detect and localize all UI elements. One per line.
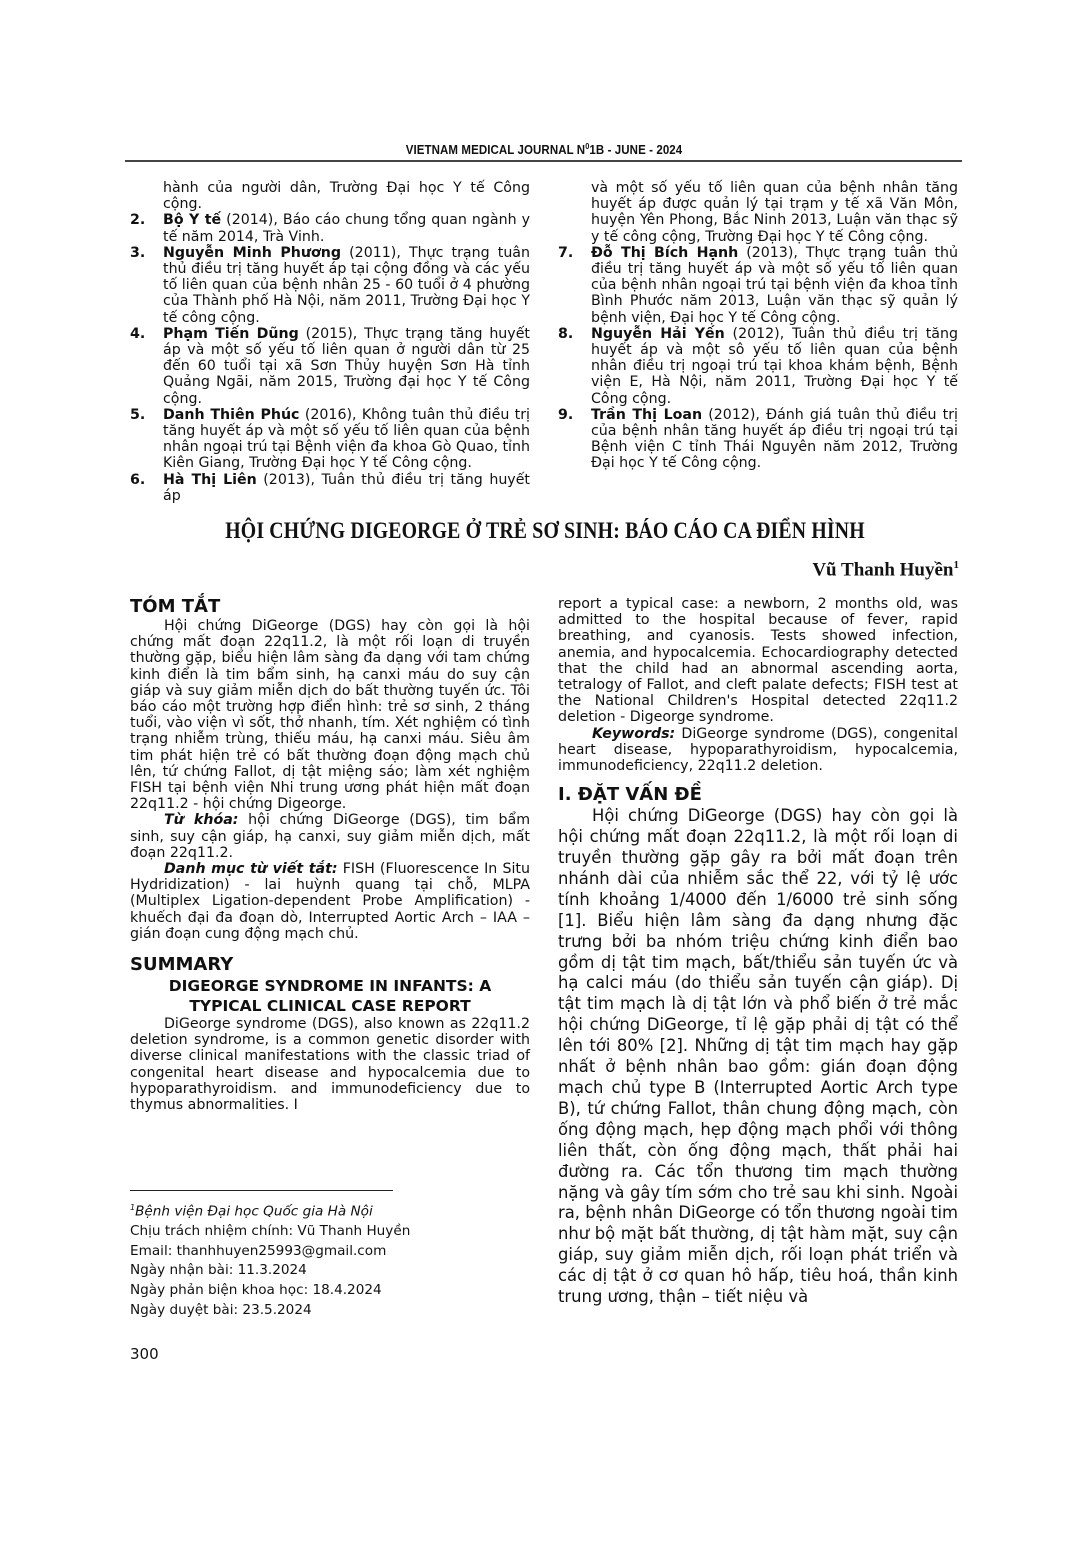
reference-item: 8.Nguyễn Hải Yến (2012), Tuân thủ điều t… <box>558 326 958 407</box>
reference-continuation: và một số yếu tố liên quan của bệnh nhân… <box>558 180 958 245</box>
page-number: 300 <box>130 1345 159 1363</box>
reference-author: Danh Thiên Phúc <box>163 407 299 423</box>
reference-author: Hà Thị Liên <box>163 472 257 488</box>
reference-item: 7.Đỗ Thị Bích Hạnh (2013), Thực trạng tu… <box>558 245 958 326</box>
journal-name: VIETNAM MEDICAL JOURNAL N <box>406 143 586 157</box>
abbreviations-label: Danh mục từ viết tắt: <box>164 861 338 877</box>
references-left: hành của người dân, Trường Đại học Y tế … <box>130 180 530 504</box>
reference-item: 4.Phạm Tiến Dũng (2015), Thực trạng tăng… <box>130 326 530 407</box>
reference-number: 6. <box>130 472 145 488</box>
reference-item: 9.Trần Thị Loan (2012), Đánh giá tuân th… <box>558 407 958 472</box>
affiliation: 1Bệnh viện Đại học Quốc gia Hà Nội <box>130 1198 410 1222</box>
reference-author: Nguyễn Minh Phương <box>163 245 341 261</box>
abbreviations: Danh mục từ viết tắt: FISH (Fluorescence… <box>130 861 530 942</box>
article-title: HỘI CHỨNG DIGEORGE Ở TRẺ SƠ SINH: BÁO CÁ… <box>180 518 911 544</box>
article-author: Vũ Thanh Huyền1 <box>812 559 959 581</box>
reference-number: 4. <box>130 326 145 342</box>
reference-number: 7. <box>558 245 573 261</box>
reference-number: 8. <box>558 326 573 342</box>
keywords-label: Từ khóa: <box>164 812 238 828</box>
responsible-author: Chịu trách nhiệm chính: Vũ Thanh Huyền <box>130 1222 410 1242</box>
journal-issue: 1B - JUNE - 2024 <box>589 143 682 157</box>
reference-author: Trần Thị Loan <box>591 407 702 423</box>
reference-item: 2.Bộ Y tế (2014), Báo cáo chung tổng qua… <box>130 212 530 244</box>
reference-number: 2. <box>130 212 145 228</box>
accepted-date: Ngày duyệt bài: 23.5.2024 <box>130 1301 410 1321</box>
reference-continuation: hành của người dân, Trường Đại học Y tế … <box>130 180 530 212</box>
reference-number: 9. <box>558 407 573 423</box>
keywords-label: Keywords: <box>592 726 675 742</box>
author-affiliation-marker: 1 <box>954 559 960 571</box>
running-header: VIETNAM MEDICAL JOURNAL N01B - JUNE - 20… <box>160 142 927 157</box>
introduction-heading: I. ĐẶT VẤN ĐỀ <box>558 784 958 806</box>
affiliation-text: Bệnh viện Đại học Quốc gia Hà Nội <box>135 1204 373 1220</box>
summary-heading: SUMMARY <box>130 954 530 976</box>
summary-body: DiGeorge syndrome (DGS), also known as 2… <box>130 1016 530 1113</box>
references-right: và một số yếu tố liên quan của bệnh nhân… <box>558 180 958 472</box>
reference-number: 5. <box>130 407 145 423</box>
article-right-column: report a typical case: a newborn, 2 mont… <box>558 596 958 1308</box>
reference-item: 6.Hà Thị Liên (2013), Tuân thủ điều trị … <box>130 472 530 504</box>
author-name: Vũ Thanh Huyền <box>812 559 953 580</box>
abstract-body: Hội chứng DiGeorge (DGS) hay còn gọi là … <box>130 618 530 812</box>
reference-item: 5.Danh Thiên Phúc (2016), Không tuân thủ… <box>130 407 530 472</box>
introduction-body: Hội chứng DiGeorge (DGS) hay còn gọi là … <box>558 806 958 1308</box>
abstract-heading: TÓM TẮT <box>130 596 530 618</box>
summary-keywords: Keywords: DiGeorge syndrome (DGS), conge… <box>558 726 958 775</box>
reference-author: Bộ Y tế <box>163 212 221 228</box>
summary-body-continued: report a typical case: a newborn, 2 mont… <box>558 596 958 726</box>
reference-number: 3. <box>130 245 145 261</box>
reference-item: 3.Nguyễn Minh Phương (2011), Thực trạng … <box>130 245 530 326</box>
abstract-keywords: Từ khóa: hội chứng DiGeorge (DGS), tim b… <box>130 812 530 861</box>
article-left-column: TÓM TẮT Hội chứng DiGeorge (DGS) hay còn… <box>130 596 530 1113</box>
summary-title-line-1: DIGEORGE SYNDROME IN INFANTS: A <box>130 976 530 996</box>
reviewed-date: Ngày phản biện khoa học: 18.4.2024 <box>130 1281 410 1301</box>
received-date: Ngày nhận bài: 11.3.2024 <box>130 1261 410 1281</box>
summary-title: DIGEORGE SYNDROME IN INFANTS: A TYPICAL … <box>130 976 530 1016</box>
reference-author: Phạm Tiến Dũng <box>163 326 299 342</box>
footnote-rule <box>130 1190 393 1191</box>
reference-author: Nguyễn Hải Yến <box>591 326 725 342</box>
email: Email: thanhhuyen25993@gmail.com <box>130 1242 410 1262</box>
footnotes: 1Bệnh viện Đại học Quốc gia Hà Nội Chịu … <box>130 1198 410 1320</box>
header-rule <box>125 160 962 162</box>
summary-title-line-2: TYPICAL CLINICAL CASE REPORT <box>130 996 530 1016</box>
reference-author: Đỗ Thị Bích Hạnh <box>591 245 738 261</box>
